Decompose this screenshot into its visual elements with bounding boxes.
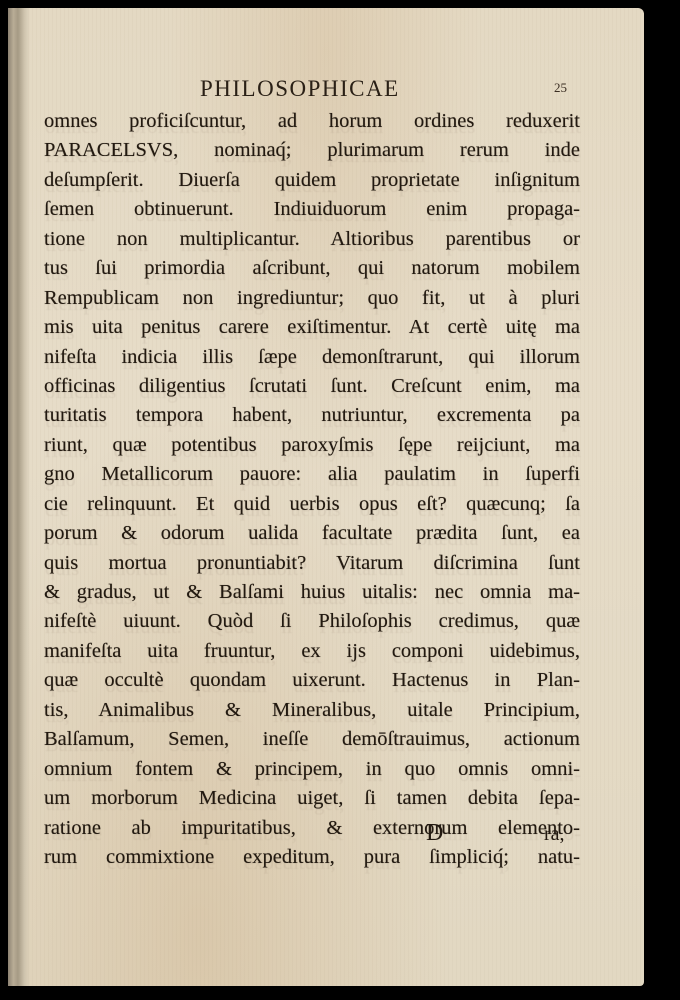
text-line: omnes proficiſcuntur, ad horum ordines r… (44, 107, 580, 136)
text-line: quæ occultè quondam uixerunt. Hactenus i… (44, 666, 580, 695)
catchword: ra, (544, 823, 565, 846)
text-line: ſemen obtinuerunt. Indiuiduorum enim pro… (44, 195, 580, 224)
text-line: turitatis tempora habent, nutriuntur, ex… (44, 401, 580, 430)
text-line: Rempublicam non ingrediuntur; quo fit, u… (44, 284, 580, 313)
text-line: ratione ab impuritatibus, & externorum e… (44, 814, 580, 843)
text-line: manifeſta uita fruuntur, ex ijs componi … (44, 637, 580, 666)
signature-mark: D (426, 820, 443, 847)
text-line: quis mortua pronuntiabit? Vitarum diſcri… (44, 549, 580, 578)
text-line: nifeſta indicia illis ſæpe demonſtrarunt… (44, 343, 580, 372)
page-gutter-shadow (8, 8, 30, 986)
text-line: um morborum Medicina uiget, ſi tamen deb… (44, 784, 580, 813)
text-line: deſumpſerit. Diuerſa quidem proprietate … (44, 166, 580, 195)
text-line: tione non multiplicantur. Altioribus par… (44, 225, 580, 254)
text-line: tus ſui primordia aſcribunt, qui natorum… (44, 254, 580, 283)
text-line: officinas diligentius ſcrutati ſunt. Cre… (44, 372, 580, 401)
text-line: cie relinquunt. Et quid uerbis opus eſt?… (44, 490, 580, 519)
text-line: porum & odorum ualida facultate prædita … (44, 519, 580, 548)
text-line: mis uita penitus carere exiſtimentur. At… (44, 313, 580, 342)
text-line: PARACELSVS, nominaq́; plurimarum rerum i… (44, 136, 580, 165)
text-line: riunt, quæ potentibus paroxyſmis ſępe re… (44, 431, 580, 460)
running-head: PHILOSOPHICAE 25 (8, 76, 644, 106)
body-text: omnes proficiſcuntur, ad horum ordines r… (44, 107, 580, 872)
text-line: nifeſtè uiuunt. Quòd ſi Philoſophis cred… (44, 607, 580, 636)
text-line: & gradus, ut & Balſami huius uitalis: ne… (44, 578, 580, 607)
text-line: tis, Animalibus & Mineralibus, uitale Pr… (44, 696, 580, 725)
text-line: rum commixtione expeditum, pura ſimplici… (44, 843, 580, 872)
text-line: Balſamum, Semen, ineſſe demōſtrauimus, a… (44, 725, 580, 754)
book-page: PHILOSOPHICAE 25 omnes proficiſcuntur, a… (8, 8, 644, 986)
text-line: gno Metallicorum pauore: alia paulatim i… (44, 460, 580, 489)
text-line: omnium fontem & principem, in quo omnis … (44, 755, 580, 784)
page-number: 25 (554, 80, 567, 96)
running-head-title: PHILOSOPHICAE (200, 76, 400, 102)
